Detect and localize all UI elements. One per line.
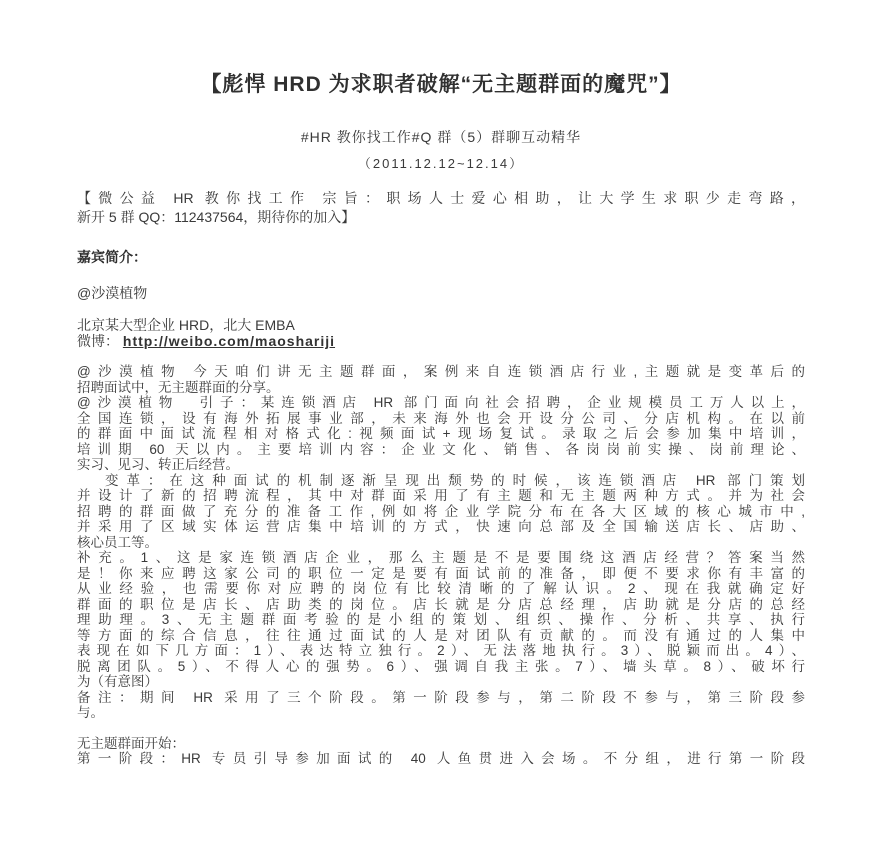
text-line: 是！你来应聘这家公司的职位一定是要有面试前的准备，即便不要求你有丰富的 — [77, 566, 805, 582]
text-line: 无主题群面开始： — [77, 736, 805, 752]
guest-bio: 北京某大型企业 HRD，北大 EMBA — [77, 317, 805, 333]
paragraph-reform: 变革：在这种面试的机制逐渐呈现出颓势的时候，该连锁酒店 HR 部门策划 并设计了… — [77, 473, 805, 551]
text-line: 理助理。3、无主题群面考验的是小组的策划、组织、操作、分析、共享、执行 — [77, 612, 805, 628]
text-line: 为（有意图） — [77, 674, 805, 690]
text-line: @沙漠植物 今天咱们讲无主题群面，案例来自连锁酒店行业,主题就是变革后的 — [77, 364, 805, 380]
text-line: 表现在如下几方面：1）、表达特立独行。2）、无法落地执行。3）、脱颖而出。4）、 — [77, 643, 805, 659]
intro-paragraph: 【微公益 HR 教你找工作 宗旨：职场人士爱心相助，让大学生求职少走弯路， 新开… — [77, 189, 805, 227]
text-line: 并采用了区域实体运营店集中培训的方式，快速向总部及全国输送店长、店助、 — [77, 519, 805, 535]
paragraph-supplement: 补充。1、这是家连锁酒店企业，那么主题是不是要围绕这酒店经营？答案当然 是！你来… — [77, 550, 805, 690]
paragraph-note: 备注：期间 HR 采用了三个阶段。第一阶段参与，第二阶段不参与，第三阶段参 与。 — [77, 690, 805, 721]
text-line: @沙漠植物 引子：某连锁酒店 HR 部门面向社会招聘，企业规模员工万人以上， — [77, 395, 805, 411]
guest-handle: @沙漠植物 — [77, 285, 805, 301]
text-line: 群面的职位是店长、店助类的岗位。店长就是分店总经理，店助就是分店的总经 — [77, 597, 805, 613]
text-line: 新开 5 群 QQ：112437564，期待你的加入】 — [77, 208, 805, 227]
text-line: 核心员工等。 — [77, 535, 805, 551]
text-line: 【微公益 HR 教你找工作 宗旨：职场人士爱心相助，让大学生求职少走弯路， — [77, 189, 805, 208]
doc-title: 【彪悍 HRD 为求职者破解“无主题群面的魔咒”】 — [77, 72, 805, 98]
doc-subtitle: #HR 教你找工作#Q 群（5）群聊互动精华 — [77, 129, 805, 145]
text-line: 招聘面试中，无主题群面的分享。 — [77, 380, 805, 396]
guest-heading: 嘉宾简介： — [77, 249, 805, 265]
text-line: 补充。1、这是家连锁酒店企业，那么主题是不是要围绕这酒店经营？答案当然 — [77, 550, 805, 566]
text-line: 的群面中面试流程相对格式化:视频面试+现场复试。录取之后会参加集中培训， — [77, 426, 805, 442]
paragraph-share: @沙漠植物 今天咱们讲无主题群面，案例来自连锁酒店行业,主题就是变革后的 招聘面… — [77, 364, 805, 395]
text-line: 实习、见习、转正后经营。 — [77, 457, 805, 473]
paragraph-case-intro: @沙漠植物 引子：某连锁酒店 HR 部门面向社会招聘，企业规模员工万人以上， 全… — [77, 395, 805, 473]
text-line: 变革：在这种面试的机制逐渐呈现出颓势的时候，该连锁酒店 HR 部门策划 — [77, 473, 805, 489]
text-line: 等方面的综合信息，往往通过面试的人是对团队有贡献的。而没有通过的人集中 — [77, 628, 805, 644]
weibo-label: 微博： — [77, 333, 119, 349]
weibo-line: 微博： http://weibo.com/maoshariji — [77, 333, 805, 349]
document-page: 【彪悍 HRD 为求职者破解“无主题群面的魔咒”】 #HR 教你找工作#Q 群（… — [0, 0, 870, 842]
text-line: 并设计了新的招聘流程，其中对群面采用了有主题和无主题两种方式。并为社会 — [77, 488, 805, 504]
text-line: 脱离团队。5）、不得人心的强势。6）、强调自我主张。7）、墙头草。8）、破坏行 — [77, 659, 805, 675]
text-line: 从业经验，也需要你对应聘的岗位有比较清晰的了解认识。2、现在我就确定好 — [77, 581, 805, 597]
weibo-link[interactable]: http://weibo.com/maoshariji — [123, 333, 335, 349]
text-line: 培训期 60 天以内。主要培训内容：企业文化、销售、各岗岗前实操、岗前理论、 — [77, 442, 805, 458]
text-line: 全国连锁，设有海外拓展事业部，未来海外也会开设分公司、分店机构。在以前 — [77, 411, 805, 427]
text-line: 第一阶段：HR 专员引导参加面试的 40 人鱼贯进入会场。不分组，进行第一阶段 — [77, 751, 805, 767]
doc-date-range: （2011.12.12~12.14） — [77, 156, 805, 172]
text-line: 招聘的群面做了充分的准备工作,例如将企业学院分布在各大区域的核心城市中, — [77, 504, 805, 520]
text-line: 备注：期间 HR 采用了三个阶段。第一阶段参与，第二阶段不参与，第三阶段参 — [77, 690, 805, 706]
text-line: 与。 — [77, 705, 805, 721]
body-text: @沙漠植物 今天咱们讲无主题群面，案例来自连锁酒店行业,主题就是变革后的 招聘面… — [77, 364, 805, 721]
section-groupinterview-start: 无主题群面开始： 第一阶段：HR 专员引导参加面试的 40 人鱼贯进入会场。不分… — [77, 736, 805, 767]
